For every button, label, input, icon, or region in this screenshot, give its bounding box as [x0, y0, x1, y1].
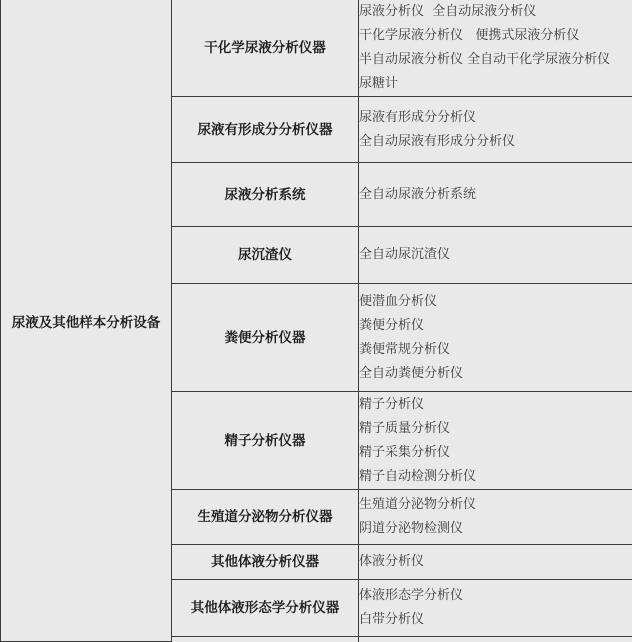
- table-row: 尿液及其他样本分析设备 干化学尿液分析仪器 尿液分析仪 全自动尿液分析仪 干化学…: [1, 0, 632, 97]
- category-cell: 粪便分析仪器: [172, 284, 359, 392]
- category-cell: 尿沉渣仪: [172, 227, 359, 284]
- items-cell: 全自动尿沉渣仪: [359, 227, 632, 284]
- category-cell: 其他体液形态学分析仪器: [172, 580, 359, 637]
- items-cell: 生殖道分泌物分析仪 阴道分泌物检测仪: [359, 490, 632, 545]
- items-cell: 体液分析仪: [359, 545, 632, 580]
- items-cell: 便潜血分析仪 粪便分析仪 粪便常规分析仪 全自动粪便分析仪: [359, 284, 632, 392]
- category-cell: 尿液分析系统: [172, 163, 359, 227]
- sample-analysis-equipment-table: 尿液及其他样本分析设备 干化学尿液分析仪器 尿液分析仪 全自动尿液分析仪 干化学…: [0, 0, 632, 642]
- items-cell: 体液形态学分析仪 白带分析仪: [359, 580, 632, 637]
- category-cell: 尿液有形成分分析仪器: [172, 97, 359, 163]
- table-body: 尿液及其他样本分析设备 干化学尿液分析仪器 尿液分析仪 全自动尿液分析仪 干化学…: [1, 0, 632, 642]
- items-cell: 尿液分析仪 全自动尿液分析仪 干化学尿液分析仪 便携式尿液分析仪 半自动尿液分析…: [359, 0, 632, 97]
- items-cell: 尿液有形成分分析仪 全自动尿液有形成分分析仪: [359, 97, 632, 163]
- category-cell-empty: [172, 637, 359, 642]
- items-cell-empty: [359, 637, 632, 642]
- category-cell: 生殖道分泌物分析仪器: [172, 490, 359, 545]
- category-cell: 干化学尿液分析仪器: [172, 0, 359, 97]
- items-cell: 全自动尿液分析系统: [359, 163, 632, 227]
- group-cell-urine-and-other-samples: 尿液及其他样本分析设备: [1, 0, 172, 642]
- items-cell: 精子分析仪 精子质量分析仪 精子采集分析仪 精子自动检测分析仪: [359, 392, 632, 490]
- category-cell: 精子分析仪器: [172, 392, 359, 490]
- category-cell: 其他体液分析仪器: [172, 545, 359, 580]
